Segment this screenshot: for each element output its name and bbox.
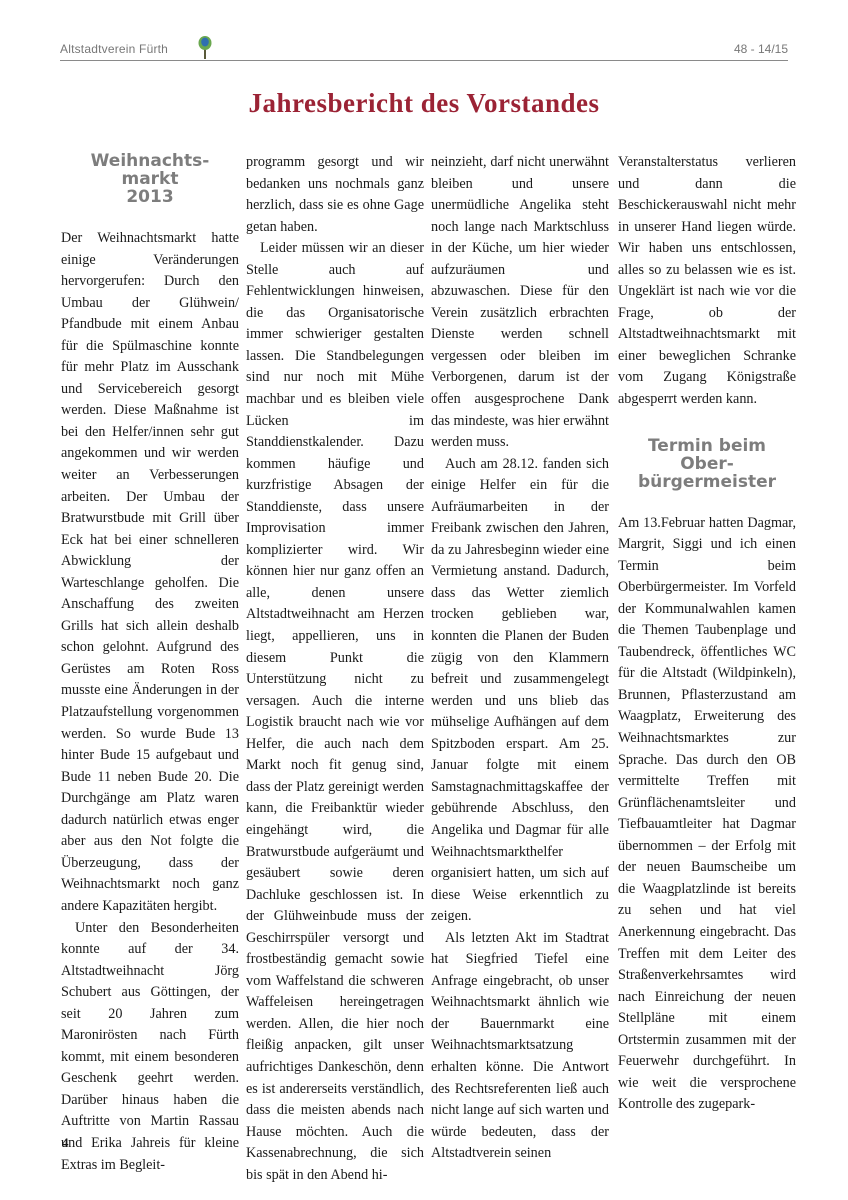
text-column-1: Weihnachts- markt 2013 Der Weihnachtsmar… (61, 152, 239, 1176)
paragraph: programm gesorgt und wir bedanken uns no… (246, 152, 424, 238)
paragraph: Am 13.Februar hatten Dagmar, Margrit, Si… (618, 513, 796, 1116)
paragraph: Als letzten Akt im Stadtrat hat Siegfrie… (431, 928, 609, 1165)
tree-icon (198, 36, 212, 60)
section-heading-termin: Termin beim Ober- bürgermeister (618, 437, 796, 491)
text-column-4: Veranstalterstatus verlieren und dann di… (618, 152, 796, 1116)
paragraph: neinzieht, darf nicht unerwähnt bleiben … (431, 152, 609, 454)
text-column-3: neinzieht, darf nicht unerwähnt bleiben … (431, 152, 609, 1165)
paragraph: Leider müssen wir an dieser Stelle auch … (246, 238, 424, 1186)
paragraph: Auch am 28.12. fanden sich einige Helfer… (431, 454, 609, 928)
issue-number: 48 - 14/15 (734, 42, 788, 56)
text-column-2: programm gesorgt und wir bedanken uns no… (246, 152, 424, 1186)
paragraph: Veranstalterstatus verlieren und dann di… (618, 152, 796, 411)
publisher-name: Altstadtverein Fürth (60, 42, 168, 56)
paragraph: Unter den Besonderheiten konnte auf der … (61, 918, 239, 1177)
paragraph: Der Weihnachtsmarkt hatte einige Verände… (61, 228, 239, 918)
page-title: Jahresbericht des Vorstandes (0, 88, 848, 119)
running-header: Altstadtverein Fürth 48 - 14/15 (60, 40, 788, 61)
section-heading-weihnachtsmarkt: Weihnachts- markt 2013 (61, 152, 239, 206)
page-number: 4 (62, 1135, 69, 1151)
